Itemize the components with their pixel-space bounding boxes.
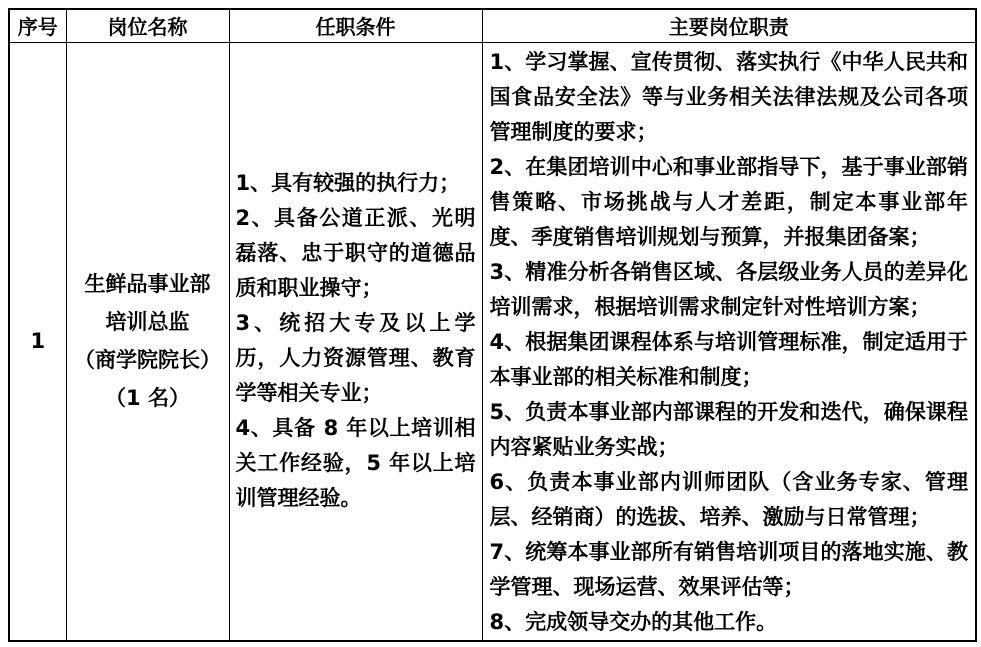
- responsibility-item: 5、负责本事业部内部课程的开发和迭代，确保课程内容紧贴业务实战；: [490, 395, 969, 465]
- qualification-item: 2、具备公道正派、光明磊落、忠于职守的道德品质和职业操守；: [236, 201, 476, 306]
- qualification-item: 3、统招大专及以上学历，人力资源管理、教育学等相关专业；: [236, 306, 476, 411]
- column-header-serial: 序号: [9, 9, 66, 42]
- responsibility-item: 2、在集团培训中心和事业部指导下，基于事业部销售策略、市场挑战与人才差距，制定本…: [490, 150, 969, 255]
- serial-number-cell: 1: [9, 42, 66, 641]
- position-line: 生鲜品事业部: [71, 265, 225, 303]
- column-header-responsibilities: 主要岗位职责: [482, 9, 976, 42]
- qualification-item: 1、具有较强的执行力；: [236, 166, 476, 201]
- position-name-cell: 生鲜品事业部 培训总监 （商学院院长） （1 名）: [66, 42, 229, 641]
- responsibility-item: 6、负责本事业部内训师团队（含业务专家、管理层、经销商）的选拔、培养、激励与日常…: [490, 465, 969, 535]
- table-row: 1 生鲜品事业部 培训总监 （商学院院长） （1 名） 1、具有较强的执行力； …: [9, 42, 976, 641]
- position-line: （1 名）: [71, 379, 225, 417]
- responsibilities-cell: 1、学习掌握、宣传贯彻、落实执行《中华人民共和国食品安全法》等与业务相关法律法规…: [482, 42, 976, 641]
- header-row: 序号 岗位名称 任职条件 主要岗位职责: [9, 9, 976, 42]
- qualifications-cell: 1、具有较强的执行力； 2、具备公道正派、光明磊落、忠于职守的道德品质和职业操守…: [229, 42, 482, 641]
- column-header-position: 岗位名称: [66, 9, 229, 42]
- column-header-qualifications: 任职条件: [229, 9, 482, 42]
- responsibility-item: 4、根据集团课程体系与培训管理标准，制定适用于本事业部的相关标准和制度；: [490, 325, 969, 395]
- responsibility-item: 1、学习掌握、宣传贯彻、落实执行《中华人民共和国食品安全法》等与业务相关法律法规…: [490, 45, 969, 150]
- responsibility-item: 8、完成领导交办的其他工作。: [490, 605, 969, 640]
- responsibility-item: 7、统筹本事业部所有销售培训项目的落地实施、教学管理、现场运营、效果评估等；: [490, 535, 969, 605]
- job-position-table: 序号 岗位名称 任职条件 主要岗位职责 1 生鲜品事业部 培训总监 （商学院院长…: [8, 8, 977, 642]
- position-line: 培训总监: [71, 303, 225, 341]
- qualification-item: 4、具备 8 年以上培训相关工作经验，5 年以上培训管理经验。: [236, 411, 476, 516]
- responsibility-item: 3、精准分析各销售区域、各层级业务人员的差异化培训需求，根据培训需求制定针对性培…: [490, 255, 969, 325]
- document-page: 序号 岗位名称 任职条件 主要岗位职责 1 生鲜品事业部 培训总监 （商学院院长…: [0, 0, 981, 647]
- position-line: （商学院院长）: [71, 341, 225, 379]
